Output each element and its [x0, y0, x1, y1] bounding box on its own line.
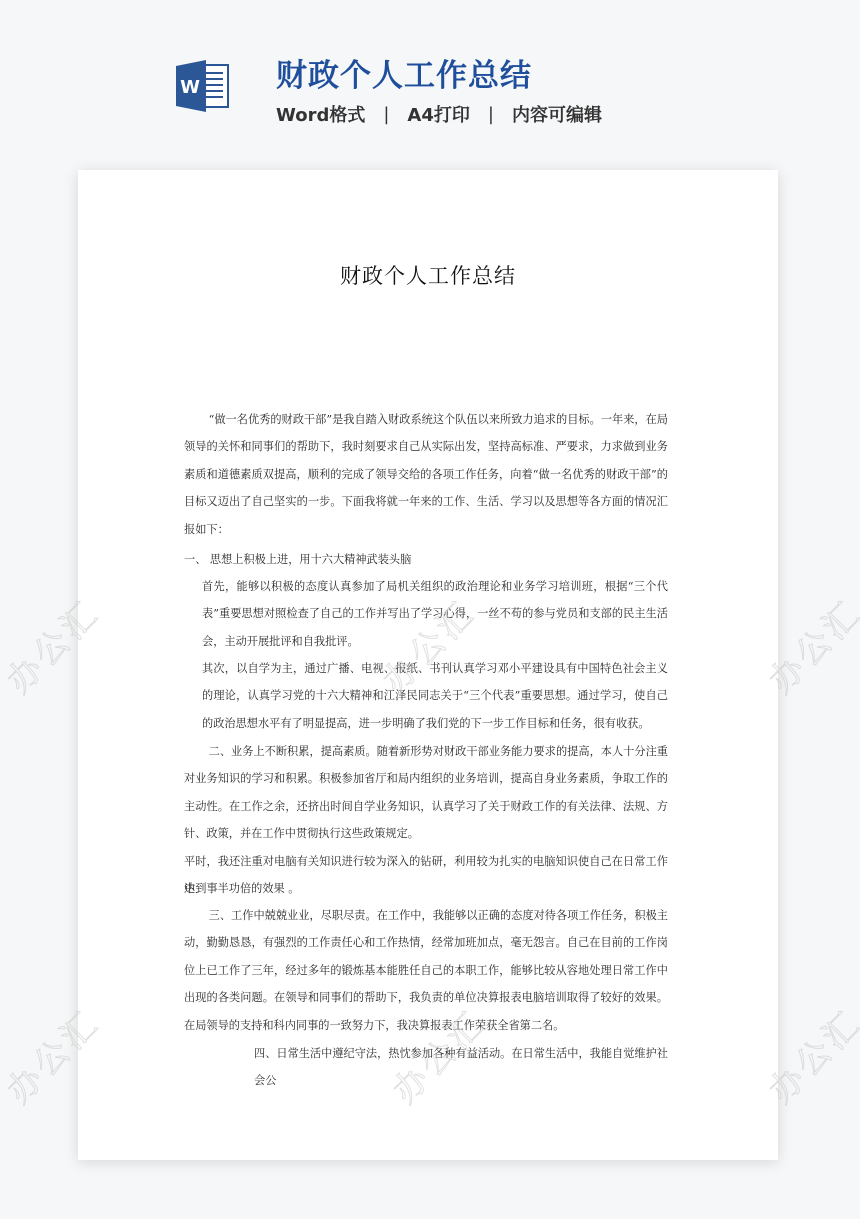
section-paragraph-3: 三、工作中兢兢业业，尽职尽责。在工作中，我能够以正确的态度对待各项工作任务，积极… [184, 902, 668, 1039]
paragraph: 首先，能够以积极的态度认真参加了局机关组织的政治理论和业务学习培训班，根据“三个… [202, 573, 668, 655]
tag-separator: | [383, 104, 389, 125]
tag-editable: 内容可编辑 [512, 101, 602, 127]
word-document-icon: W [176, 60, 230, 112]
tag-print: A4打印 [407, 101, 469, 127]
tag-separator: | [488, 104, 494, 125]
section-heading-1: 一、 思想上积极上进，用十六大精神武装头脑 [184, 546, 668, 573]
header-title: 财政个人工作总结 [276, 50, 532, 95]
document-page: 财政个人工作总结 “做一名优秀的财政干部”是我自踏入财政系统这个队伍以来所致力追… [78, 170, 778, 1160]
intro-paragraph: “做一名优秀的财政干部”是我自踏入财政系统这个队伍以来所致力追求的目标。一年来，… [184, 406, 668, 543]
paragraph: 达到事半功倍的效果 。 [184, 875, 668, 902]
preview-stage: W 财政个人工作总结 Word格式 | A4打印 | 内容可编辑 财政个人工作总… [0, 0, 860, 1219]
header-tags: Word格式 | A4打印 | 内容可编辑 [276, 101, 602, 127]
document-title: 财政个人工作总结 [78, 260, 778, 290]
header: W 财政个人工作总结 Word格式 | A4打印 | 内容可编辑 [0, 0, 860, 160]
section-paragraph-4: 四、日常生活中遵纪守法，热忱参加各种有益活动。在日常生活中，我能自觉维护社会公 [254, 1040, 668, 1095]
paragraph: 其次，以自学为主，通过广播、电视、报纸、书刊认真学习邓小平建设具有中国特色社会主… [202, 655, 668, 737]
section-paragraph-2: 二、业务上不断积累，提高素质。随着新形势对财政干部业务能力要求的提高，本人十分注… [184, 738, 668, 848]
svg-text:W: W [180, 77, 200, 98]
tag-format: Word格式 [276, 101, 365, 127]
